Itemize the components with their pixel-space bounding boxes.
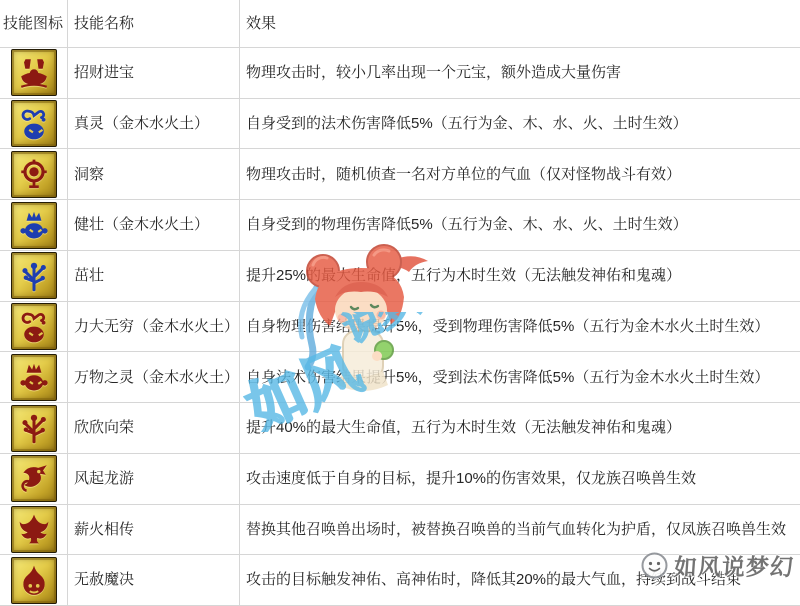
skill-name: 万物之灵（金木水火土） (68, 352, 240, 402)
crownface-icon (11, 354, 57, 401)
skill-name: 风起龙游 (68, 454, 240, 504)
table-row: 洞察 物理攻击时，随机侦查一名对方单位的气血（仅对怪物战斗有效） (0, 149, 800, 200)
table-row: 无赦魔决 攻击的目标触发神佑、高神佑时，降低其20%的最大气血，持续到战斗结束 (0, 555, 800, 606)
spirit-icon (11, 303, 57, 350)
skill-effect: 自身受到的法术伤害降低5%（五行为金、木、水、火、土时生效） (240, 99, 800, 149)
spirit-icon (11, 100, 57, 147)
table-row: 健壮（金木水火土） 自身受到的物理伤害降低5%（五行为金、木、水、火、土时生效） (0, 200, 800, 251)
phoenix-icon (11, 506, 57, 553)
tree-icon (11, 252, 57, 299)
skill-effect: 物理攻击时，较小几率出现一个元宝，额外造成大量伤害 (240, 48, 800, 98)
table-row: 茁壮 提升25%的最大生命值，五行为木时生效（无法触发神佑和鬼魂） (0, 251, 800, 302)
tree-icon (11, 405, 57, 452)
skill-effect: 提升40%的最大生命值，五行为木时生效（无法触发神佑和鬼魂） (240, 403, 800, 453)
table-row: 真灵（金木水火土） 自身受到的法术伤害降低5%（五行为金、木、水、火、土时生效） (0, 99, 800, 150)
table-row: 欣欣向荣 提升40%的最大生命值，五行为木时生效（无法触发神佑和鬼魂） (0, 403, 800, 454)
table-row: 力大无穷（金木水火土） 自身物理伤害结果提升5%，受到物理伤害降低5%（五行为金… (0, 302, 800, 353)
skill-name: 薪火相传 (68, 505, 240, 555)
eye-icon (11, 151, 57, 198)
skill-effect: 自身物理伤害结果提升5%，受到物理伤害降低5%（五行为金木水火土时生效） (240, 302, 800, 352)
table-header-row: 技能图标 技能名称 效果 (0, 0, 800, 48)
skill-effect: 攻击速度低于自身的目标，提升10%的伤害效果，仅龙族召唤兽生效 (240, 454, 800, 504)
header-skill-icon: 技能图标 (0, 0, 68, 47)
skill-effect: 物理攻击时，随机侦查一名对方单位的气血（仅对怪物战斗有效） (240, 149, 800, 199)
table-row: 招财进宝 物理攻击时，较小几率出现一个元宝，额外造成大量伤害 (0, 48, 800, 99)
skill-name: 真灵（金木水火土） (68, 99, 240, 149)
skill-name: 茁壮 (68, 251, 240, 301)
crownface-icon (11, 202, 57, 249)
skill-effect: 自身受到的物理伤害降低5%（五行为金、木、水、火、土时生效） (240, 200, 800, 250)
skill-name: 健壮（金木水火土） (68, 200, 240, 250)
table-row: 风起龙游 攻击速度低于自身的目标，提升10%的伤害效果，仅龙族召唤兽生效 (0, 454, 800, 505)
skill-effect: 攻击的目标触发神佑、高神佑时，降低其20%的最大气血，持续到战斗结束 (240, 555, 800, 605)
ingot-icon (11, 49, 57, 96)
table-row: 薪火相传 替换其他召唤兽出场时，被替换召唤兽的当前气血转化为护盾，仅凤族召唤兽生… (0, 505, 800, 556)
skill-effect: 替换其他召唤兽出场时，被替换召唤兽的当前气血转化为护盾，仅凤族召唤兽生效 (240, 505, 800, 555)
flame-icon (11, 557, 57, 604)
skill-name: 欣欣向荣 (68, 403, 240, 453)
skill-name: 力大无穷（金木水火土） (68, 302, 240, 352)
skill-name: 洞察 (68, 149, 240, 199)
dragon-icon (11, 455, 57, 502)
skill-name: 无赦魔决 (68, 555, 240, 605)
skill-name: 招财进宝 (68, 48, 240, 98)
skill-table: 技能图标 技能名称 效果 招财进宝 物理攻击时，较小几率出现一个元宝，额外造成大… (0, 0, 800, 606)
header-skill-name: 技能名称 (68, 0, 240, 47)
header-effect: 效果 (240, 0, 800, 47)
table-row: 万物之灵（金木水火土） 自身法术伤害结果提升5%，受到法术伤害降低5%（五行为金… (0, 352, 800, 403)
skill-effect: 提升25%的最大生命值，五行为木时生效（无法触发神佑和鬼魂） (240, 251, 800, 301)
skill-effect: 自身法术伤害结果提升5%，受到法术伤害降低5%（五行为金木水火土时生效） (240, 352, 800, 402)
